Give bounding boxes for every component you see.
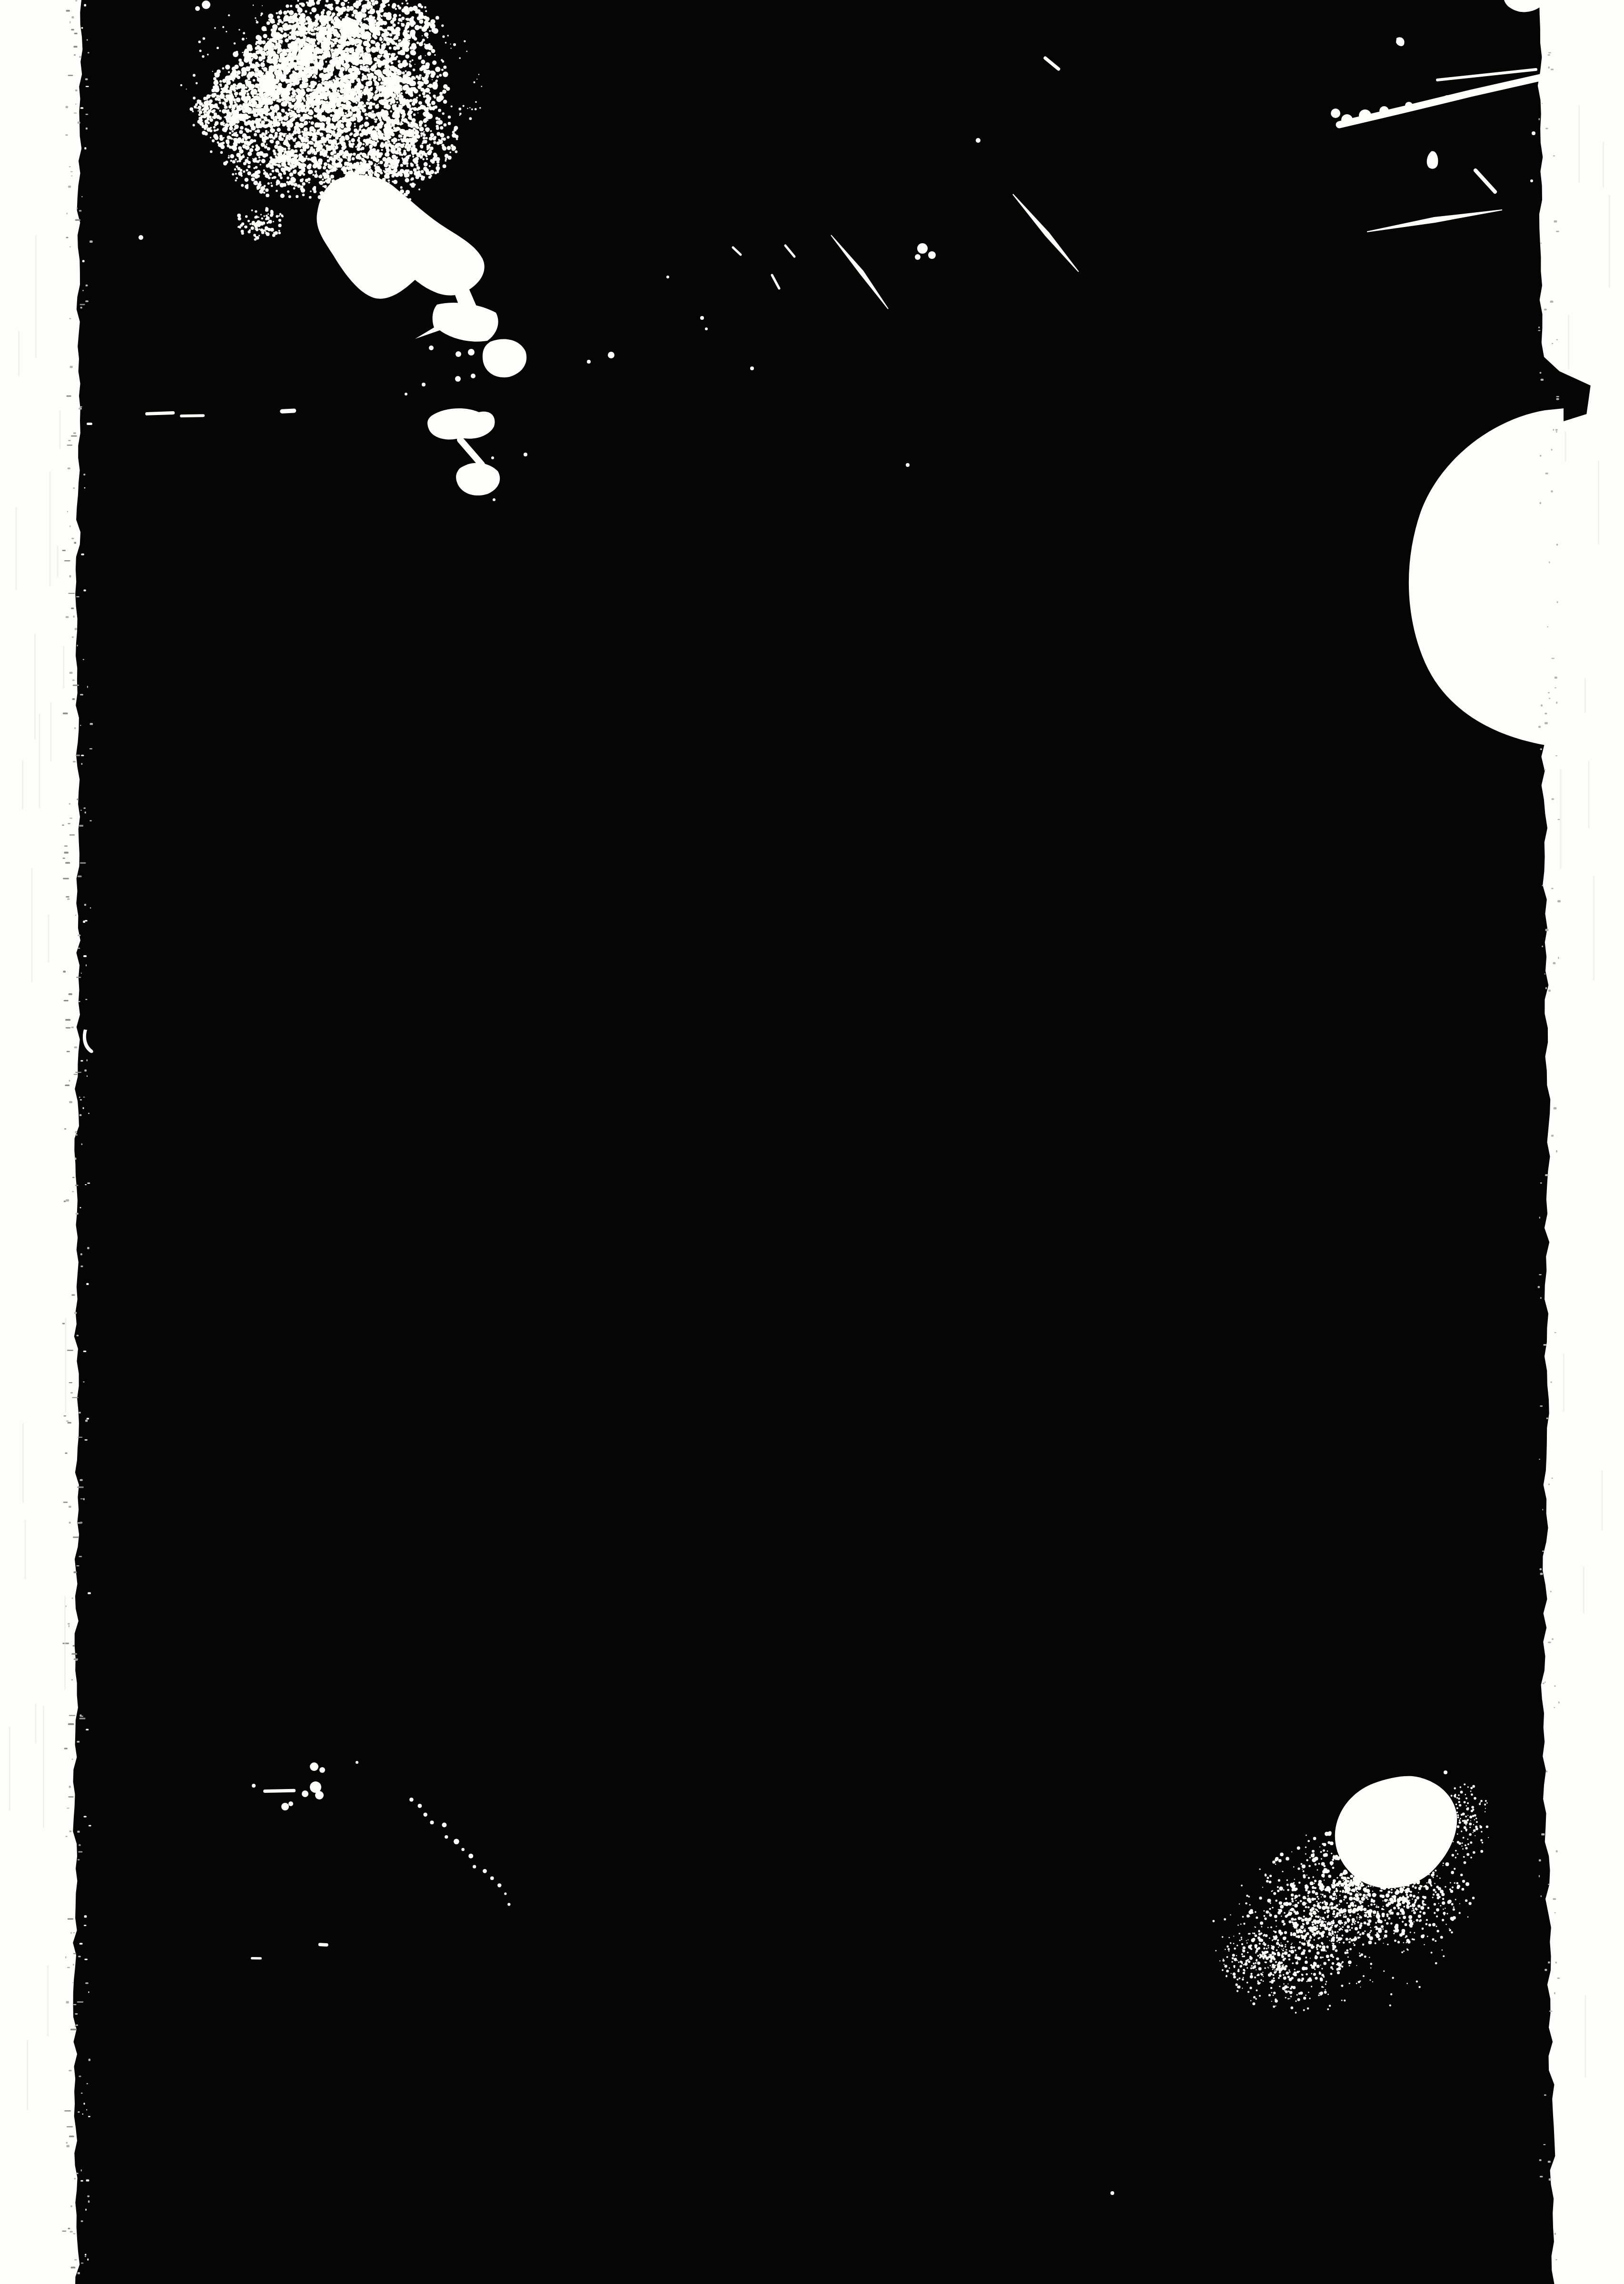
scan-canvas [0, 0, 1624, 2284]
cloud-flag-blob [427, 408, 495, 439]
photo-black-field [73, 0, 1591, 2284]
scanned-page [0, 0, 1624, 2284]
